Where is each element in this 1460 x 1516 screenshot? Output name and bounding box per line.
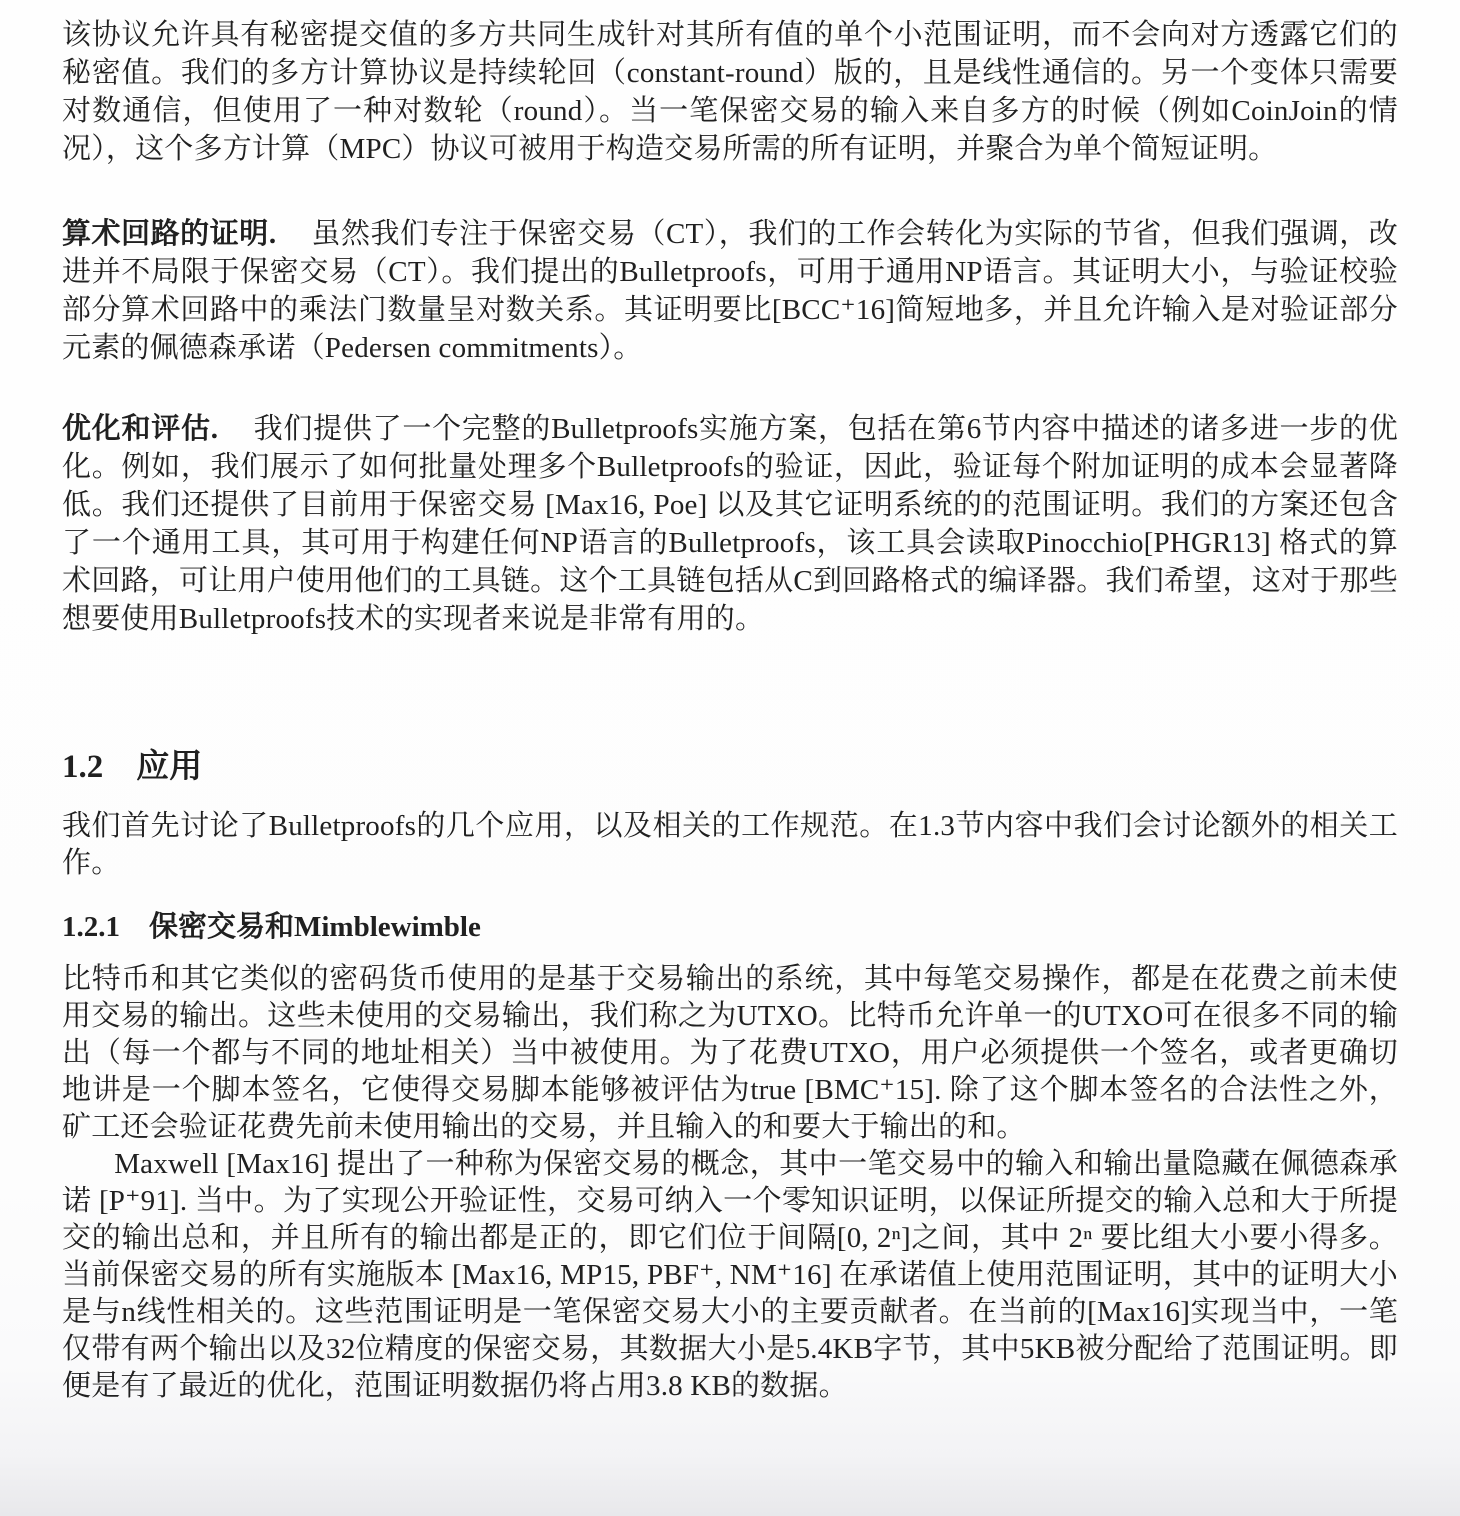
section-number: 1.2	[62, 749, 103, 785]
document-page: 该协议允许具有秘密提交值的多方共同生成针对其所有值的单个小范围证明，而不会向对方…	[0, 0, 1460, 1516]
paragraph-utxo: 比特币和其它类似的密码货币使用的是基于交易输出的系统，其中每笔交易操作，都是在花…	[62, 961, 1398, 1146]
paragraph-optimization-evaluation: 优化和评估.我们提供了一个完整的Bulletproofs实施方案，包括在第6节内…	[62, 410, 1398, 638]
section-title: 应用	[136, 749, 202, 785]
paragraph-optimization-evaluation-body: 我们提供了一个完整的Bulletproofs实施方案，包括在第6节内容中描述的诸…	[62, 413, 1398, 635]
paragraph-arithmetic-circuits: 算术回路的证明.虽然我们专注于保密交易（CT），我们的工作会转化为实际的节省，但…	[62, 215, 1398, 367]
paragraph-maxwell-confidential-transactions: Maxwell [Max16] 提出了一种称为保密交易的概念，其中一笔交易中的输…	[62, 1146, 1398, 1405]
paragraph-applications-intro: 我们首先讨论了Bulletproofs的几个应用，以及相关的工作规范。在1.3节…	[62, 808, 1398, 882]
subsection-number: 1.2.1	[62, 911, 120, 943]
subsection-title: 保密交易和Mimblewimble	[149, 911, 481, 943]
run-in-heading-optimization-evaluation: 优化和评估.	[62, 413, 218, 445]
run-in-heading-arithmetic-circuits: 算术回路的证明.	[62, 218, 276, 250]
paragraph-mpc-intro: 该协议允许具有秘密提交值的多方共同生成针对其所有值的单个小范围证明，而不会向对方…	[62, 16, 1398, 168]
subsection-heading-confidential-transactions: 1.2.1保密交易和Mimblewimble	[62, 908, 1398, 946]
section-heading-applications: 1.2应用	[62, 746, 1398, 788]
